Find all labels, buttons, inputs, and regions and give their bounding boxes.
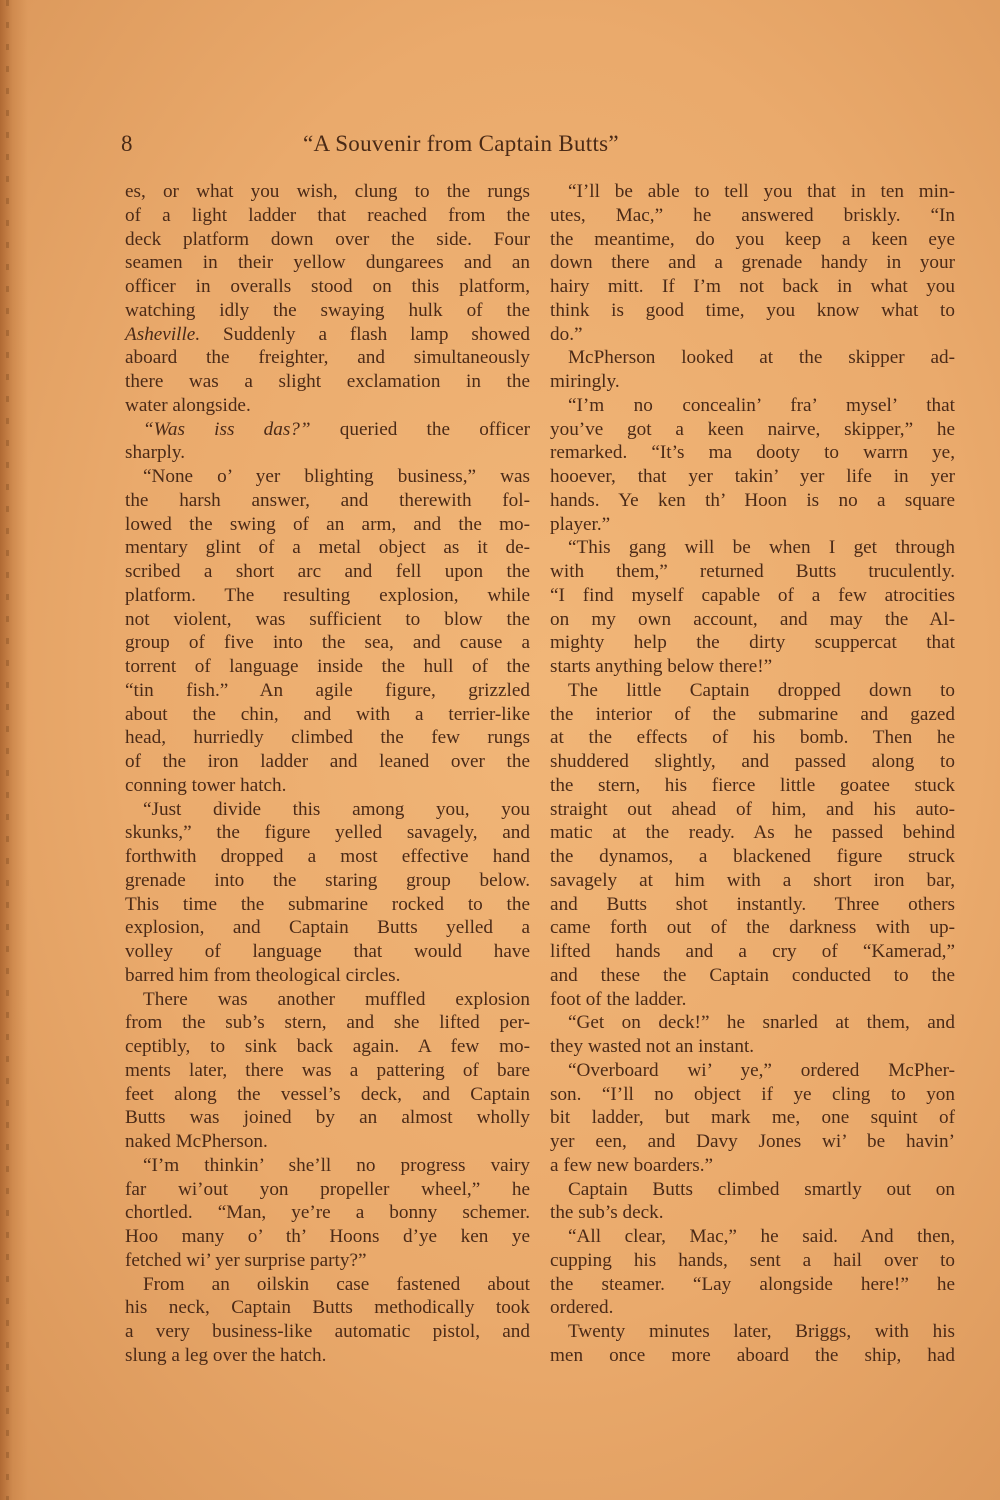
line-text: “All clear, Mac,” he said. And then, <box>568 1226 955 1247</box>
line-text: straight out ahead of him, and his auto- <box>550 799 955 820</box>
text-line: from the sub’s stern, and she lifted per… <box>125 1011 530 1035</box>
text-line: ordered. <box>550 1296 955 1320</box>
line-text: the sub’s deck. <box>550 1202 664 1223</box>
line-text: “tin fish.” An agile figure, grizzled <box>125 680 530 701</box>
running-header: 8 “A Souvenir from Captain Butts” <box>0 131 1000 165</box>
line-text: watching idly the swaying hulk of the <box>125 300 530 321</box>
text-line: volley of language that would have <box>125 940 530 964</box>
text-line: sharply. <box>125 441 530 465</box>
text-line: son. “I’ll no object if ye cling to yon <box>550 1083 955 1107</box>
line-text: “I find myself capable of a few atrociti… <box>550 585 955 606</box>
text-line: the dynamos, a blackened figure struck <box>550 845 955 869</box>
line-text: hooever, that yer takin’ yer life in yer <box>550 466 955 487</box>
text-line: think is good time, you know what to <box>550 299 955 323</box>
page-edge-wear <box>6 0 9 1500</box>
text-line: ceptibly, to sink back again. A few mo- <box>125 1035 530 1059</box>
line-text: grenade into the staring group below. <box>125 870 530 891</box>
text-line: lifted hands and a cry of “Kamerad,” <box>550 940 955 964</box>
text-line: aboard the freighter, and simultaneously <box>125 346 530 370</box>
text-line: head, hurriedly climbed the few rungs <box>125 726 530 750</box>
text-line: grenade into the staring group below. <box>125 869 530 893</box>
text-line: a few new boarders.” <box>550 1154 955 1178</box>
line-text: feet along the vessel’s deck, and Captai… <box>125 1084 530 1105</box>
text-line: miringly. <box>550 370 955 394</box>
italic-text: “Was iss das?” <box>143 419 311 440</box>
text-line: scribed a short arc and fell upon the <box>125 560 530 584</box>
line-text: platform. The resulting explosion, while <box>125 585 530 606</box>
line-text: lowed the swing of an arm, and the mo- <box>125 514 530 535</box>
italic-text: Asheville. <box>125 324 200 345</box>
text-line: Butts was joined by an almost wholly <box>125 1106 530 1130</box>
line-text: “I’ll be able to tell you that in ten mi… <box>568 181 955 202</box>
line-text: From an oilskin case fastened about <box>143 1274 530 1295</box>
text-line: watching idly the swaying hulk of the <box>125 299 530 323</box>
line-text: ceptibly, to sink back again. A few mo- <box>125 1036 530 1057</box>
line-text: forthwith dropped a most effective hand <box>125 846 530 867</box>
line-text: there was a slight exclamation in the <box>125 371 530 392</box>
text-line: bit ladder, but mark me, one squint of <box>550 1106 955 1130</box>
line-text: There was another muffled explosion <box>143 989 530 1010</box>
line-text: do.” <box>550 324 583 345</box>
text-line: shuddered slightly, and passed along to <box>550 750 955 774</box>
line-text: they wasted not an instant. <box>550 1036 754 1057</box>
text-line: “I’ll be able to tell you that in ten mi… <box>550 180 955 204</box>
line-text: and these the Captain conducted to the <box>550 965 955 986</box>
text-line: There was another muffled explosion <box>125 988 530 1012</box>
text-line: the sub’s deck. <box>550 1201 955 1225</box>
line-text: water alongside. <box>125 395 251 416</box>
running-title: “A Souvenir from Captain Butts” <box>303 131 619 157</box>
text-line: “Just divide this among you, you <box>125 798 530 822</box>
text-line: water alongside. <box>125 394 530 418</box>
line-text: volley of language that would have <box>125 941 530 962</box>
text-line: “All clear, Mac,” he said. And then, <box>550 1225 955 1249</box>
text-line: of a light ladder that reached from the <box>125 204 530 228</box>
text-line: not violent, was sufficient to blow the <box>125 608 530 632</box>
text-line: “I’m thinkin’ she’ll no progress vairy <box>125 1154 530 1178</box>
text-line: slung a leg over the hatch. <box>125 1344 530 1368</box>
text-line: his neck, Captain Butts methodically too… <box>125 1296 530 1320</box>
line-text: of a light ladder that reached from the <box>125 205 530 226</box>
line-text: foot of the ladder. <box>550 989 686 1010</box>
line-text: Twenty minutes later, Briggs, with his <box>568 1321 955 1342</box>
text-line: hands. Ye ken th’ Hoon is no a square <box>550 489 955 513</box>
line-text: miringly. <box>550 371 620 392</box>
line-text: matic at the ready. As he passed behind <box>550 822 955 843</box>
line-text: “I’m thinkin’ she’ll no progress vairy <box>143 1155 530 1176</box>
text-line: they wasted not an instant. <box>550 1035 955 1059</box>
line-text: savagely at him with a short iron bar, <box>550 870 955 891</box>
line-text: of the iron ladder and leaned over the <box>125 751 530 772</box>
line-text: This time the submarine rocked to the <box>125 894 530 915</box>
line-text: hands. Ye ken th’ Hoon is no a square <box>550 490 955 511</box>
text-line: mighty help the dirty scuppercat that <box>550 631 955 655</box>
text-line: you’ve got a keen nairve, skipper,” he <box>550 418 955 442</box>
text-line: “This gang will be when I get through <box>550 536 955 560</box>
text-line: The little Captain dropped down to <box>550 679 955 703</box>
line-text: Hoo many o’ th’ Hoons d’ye ken ye <box>125 1226 530 1247</box>
line-text: about the chin, and with a terrier-like <box>125 704 530 725</box>
text-line: the steamer. “Lay alongside here!” he <box>550 1273 955 1297</box>
text-line: officer in overalls stood on this platfo… <box>125 275 530 299</box>
line-text: not violent, was sufficient to blow the <box>125 609 530 630</box>
line-text: mentary glint of a metal object as it de… <box>125 537 530 558</box>
line-text: bit ladder, but mark me, one squint of <box>550 1107 955 1128</box>
text-line: “Overboard wi’ ye,” ordered McPher- <box>550 1059 955 1083</box>
line-text: explosion, and Captain Butts yelled a <box>125 917 530 938</box>
text-line: hairy mitt. If I’m not back in what you <box>550 275 955 299</box>
text-line: with them,” returned Butts truculently. <box>550 560 955 584</box>
text-line: McPherson looked at the skipper ad- <box>550 346 955 370</box>
line-text: “Get on deck!” he snarled at them, and <box>568 1012 955 1033</box>
line-text: cupping his hands, sent a hail over to <box>550 1250 955 1271</box>
line-text: remarked. “It’s ma dooty to warrn ye, <box>550 442 955 463</box>
line-text: “This gang will be when I get through <box>568 537 955 558</box>
text-line: at the effects of his bomb. Then he <box>550 726 955 750</box>
text-line: hooever, that yer takin’ yer life in yer <box>550 465 955 489</box>
line-text: “None o’ yer blighting business,” was <box>143 466 530 487</box>
text-line: “I’m no concealin’ fra’ mysel’ that <box>550 394 955 418</box>
text-line: savagely at him with a short iron bar, <box>550 869 955 893</box>
text-line: conning tower hatch. <box>125 774 530 798</box>
text-line: From an oilskin case fastened about <box>125 1273 530 1297</box>
text-line: about the chin, and with a terrier-like <box>125 703 530 727</box>
line-text: McPherson looked at the skipper ad- <box>568 347 955 368</box>
line-text: Suddenly a flash lamp showed <box>200 324 530 345</box>
line-text: the harsh answer, and therewith fol- <box>125 490 530 511</box>
line-text: ordered. <box>550 1297 613 1318</box>
book-page: 8 “A Souvenir from Captain Butts” es, or… <box>0 0 1000 1500</box>
line-text: hairy mitt. If I’m not back in what you <box>550 276 955 297</box>
line-text: his neck, Captain Butts methodically too… <box>125 1297 530 1318</box>
line-text: player.” <box>550 514 610 535</box>
line-text: from the sub’s stern, and she lifted per… <box>125 1012 530 1033</box>
text-line: do.” <box>550 323 955 347</box>
text-line: naked McPherson. <box>125 1130 530 1154</box>
page-number: 8 <box>121 131 133 157</box>
line-text: Captain Butts climbed smartly out on <box>568 1179 955 1200</box>
line-text: starts anything below there!” <box>550 656 772 677</box>
text-line: starts anything below there!” <box>550 655 955 679</box>
line-text: ments later, there was a pattering of ba… <box>125 1060 530 1081</box>
text-line: straight out ahead of him, and his auto- <box>550 798 955 822</box>
line-text: es, or what you wish, clung to the rungs <box>125 181 530 202</box>
line-text: shuddered slightly, and passed along to <box>550 751 955 772</box>
text-line: lowed the swing of an arm, and the mo- <box>125 513 530 537</box>
line-text: seamen in their yellow dungarees and an <box>125 252 530 273</box>
text-line: down there and a grenade handy in your <box>550 251 955 275</box>
line-text: torrent of language inside the hull of t… <box>125 656 530 677</box>
line-text: scribed a short arc and fell upon the <box>125 561 530 582</box>
line-text: conning tower hatch. <box>125 775 286 796</box>
line-text: barred him from theological circles. <box>125 965 400 986</box>
line-text: and Butts shot instantly. Three others <box>550 894 955 915</box>
text-line: “Was iss das?” queried the officer <box>125 418 530 442</box>
text-line: This time the submarine rocked to the <box>125 893 530 917</box>
text-line: Captain Butts climbed smartly out on <box>550 1178 955 1202</box>
text-line: mentary glint of a metal object as it de… <box>125 536 530 560</box>
line-text: slung a leg over the hatch. <box>125 1345 326 1366</box>
text-line: on my own account, and may the Al- <box>550 608 955 632</box>
line-text: “I’m no concealin’ fra’ mysel’ that <box>568 395 955 416</box>
line-text: Butts was joined by an almost wholly <box>125 1107 530 1128</box>
line-text: you’ve got a keen nairve, skipper,” he <box>550 419 955 440</box>
text-line: seamen in their yellow dungarees and an <box>125 251 530 275</box>
text-line: Asheville. Suddenly a flash lamp showed <box>125 323 530 347</box>
line-text: on my own account, and may the Al- <box>550 609 955 630</box>
line-text: The little Captain dropped down to <box>568 680 955 701</box>
text-line: es, or what you wish, clung to the rungs <box>125 180 530 204</box>
text-line: a very business-like automatic pistol, a… <box>125 1320 530 1344</box>
text-column-right: “I’ll be able to tell you that in ten mi… <box>550 180 955 1368</box>
line-text: “Just divide this among you, you <box>143 799 530 820</box>
text-line: barred him from theological circles. <box>125 964 530 988</box>
line-text: head, hurriedly climbed the few rungs <box>125 727 530 748</box>
text-line: deck platform down over the side. Four <box>125 228 530 252</box>
text-line: and these the Captain conducted to the <box>550 964 955 988</box>
line-text: the stern, his fierce little goatee stuc… <box>550 775 955 796</box>
page-spine-shadow <box>0 0 28 1500</box>
line-text: officer in overalls stood on this platfo… <box>125 276 530 297</box>
text-line: explosion, and Captain Butts yelled a <box>125 916 530 940</box>
text-line: feet along the vessel’s deck, and Captai… <box>125 1083 530 1107</box>
line-text: son. “I’ll no object if ye cling to yon <box>550 1084 955 1105</box>
line-text: deck platform down over the side. Four <box>125 229 530 250</box>
line-text: the interior of the submarine and gazed <box>550 704 955 725</box>
line-text: with them,” returned Butts truculently. <box>550 561 955 582</box>
text-line: cupping his hands, sent a hail over to <box>550 1249 955 1273</box>
line-text: naked McPherson. <box>125 1131 268 1152</box>
text-line: Twenty minutes later, Briggs, with his <box>550 1320 955 1344</box>
text-line: yer een, and Davy Jones wi’ be havin’ <box>550 1130 955 1154</box>
text-line: matic at the ready. As he passed behind <box>550 821 955 845</box>
line-text: fetched wi’ yer surprise party?” <box>125 1250 367 1271</box>
line-text: the steamer. “Lay alongside here!” he <box>550 1274 955 1295</box>
text-line: “I find myself capable of a few atrociti… <box>550 584 955 608</box>
text-line: “tin fish.” An agile figure, grizzled <box>125 679 530 703</box>
line-text: at the effects of his bomb. Then he <box>550 727 955 748</box>
text-line: group of five into the sea, and cause a <box>125 631 530 655</box>
line-text: queried the officer <box>311 419 530 440</box>
line-text: a few new boarders.” <box>550 1155 713 1176</box>
text-line: chortled. “Man, ye’re a bonny schemer. <box>125 1201 530 1225</box>
text-line: “Get on deck!” he snarled at them, and <box>550 1011 955 1035</box>
text-line: of the iron ladder and leaned over the <box>125 750 530 774</box>
line-text: lifted hands and a cry of “Kamerad,” <box>550 941 955 962</box>
line-text: think is good time, you know what to <box>550 300 955 321</box>
text-line: torrent of language inside the hull of t… <box>125 655 530 679</box>
text-line: platform. The resulting explosion, while <box>125 584 530 608</box>
text-line: and Butts shot instantly. Three others <box>550 893 955 917</box>
text-line: the harsh answer, and therewith fol- <box>125 489 530 513</box>
text-line: came forth out of the darkness with up- <box>550 916 955 940</box>
text-line: “None o’ yer blighting business,” was <box>125 465 530 489</box>
text-line: there was a slight exclamation in the <box>125 370 530 394</box>
line-text: a very business-like automatic pistol, a… <box>125 1321 530 1342</box>
text-line: forthwith dropped a most effective hand <box>125 845 530 869</box>
line-text: utes, Mac,” he answered briskly. “In <box>550 205 955 226</box>
line-text: came forth out of the darkness with up- <box>550 917 955 938</box>
line-text: far wi’out yon propeller wheel,” he <box>125 1179 530 1200</box>
line-text: group of five into the sea, and cause a <box>125 632 530 653</box>
text-line: fetched wi’ yer surprise party?” <box>125 1249 530 1273</box>
line-text: “Overboard wi’ ye,” ordered McPher- <box>568 1060 955 1081</box>
line-text: down there and a grenade handy in your <box>550 252 955 273</box>
line-text: aboard the freighter, and simultaneously <box>125 347 530 368</box>
line-text: men once more aboard the ship, had <box>550 1345 955 1366</box>
text-column-left: es, or what you wish, clung to the rungs… <box>125 180 530 1368</box>
text-line: Hoo many o’ th’ Hoons d’ye ken ye <box>125 1225 530 1249</box>
text-line: utes, Mac,” he answered briskly. “In <box>550 204 955 228</box>
text-line: skunks,” the figure yelled savagely, and <box>125 821 530 845</box>
text-line: the interior of the submarine and gazed <box>550 703 955 727</box>
text-line: remarked. “It’s ma dooty to warrn ye, <box>550 441 955 465</box>
line-text: sharply. <box>125 442 185 463</box>
line-text: chortled. “Man, ye’re a bonny schemer. <box>125 1202 530 1223</box>
text-line: men once more aboard the ship, had <box>550 1344 955 1368</box>
line-text: yer een, and Davy Jones wi’ be havin’ <box>550 1131 955 1152</box>
text-line: player.” <box>550 513 955 537</box>
text-line: the stern, his fierce little goatee stuc… <box>550 774 955 798</box>
text-line: foot of the ladder. <box>550 988 955 1012</box>
line-text: the meantime, do you keep a keen eye <box>550 229 955 250</box>
line-text: the dynamos, a blackened figure struck <box>550 846 955 867</box>
line-text: mighty help the dirty scuppercat that <box>550 632 955 653</box>
text-line: ments later, there was a pattering of ba… <box>125 1059 530 1083</box>
line-text: skunks,” the figure yelled savagely, and <box>125 822 530 843</box>
text-line: far wi’out yon propeller wheel,” he <box>125 1178 530 1202</box>
text-line: the meantime, do you keep a keen eye <box>550 228 955 252</box>
